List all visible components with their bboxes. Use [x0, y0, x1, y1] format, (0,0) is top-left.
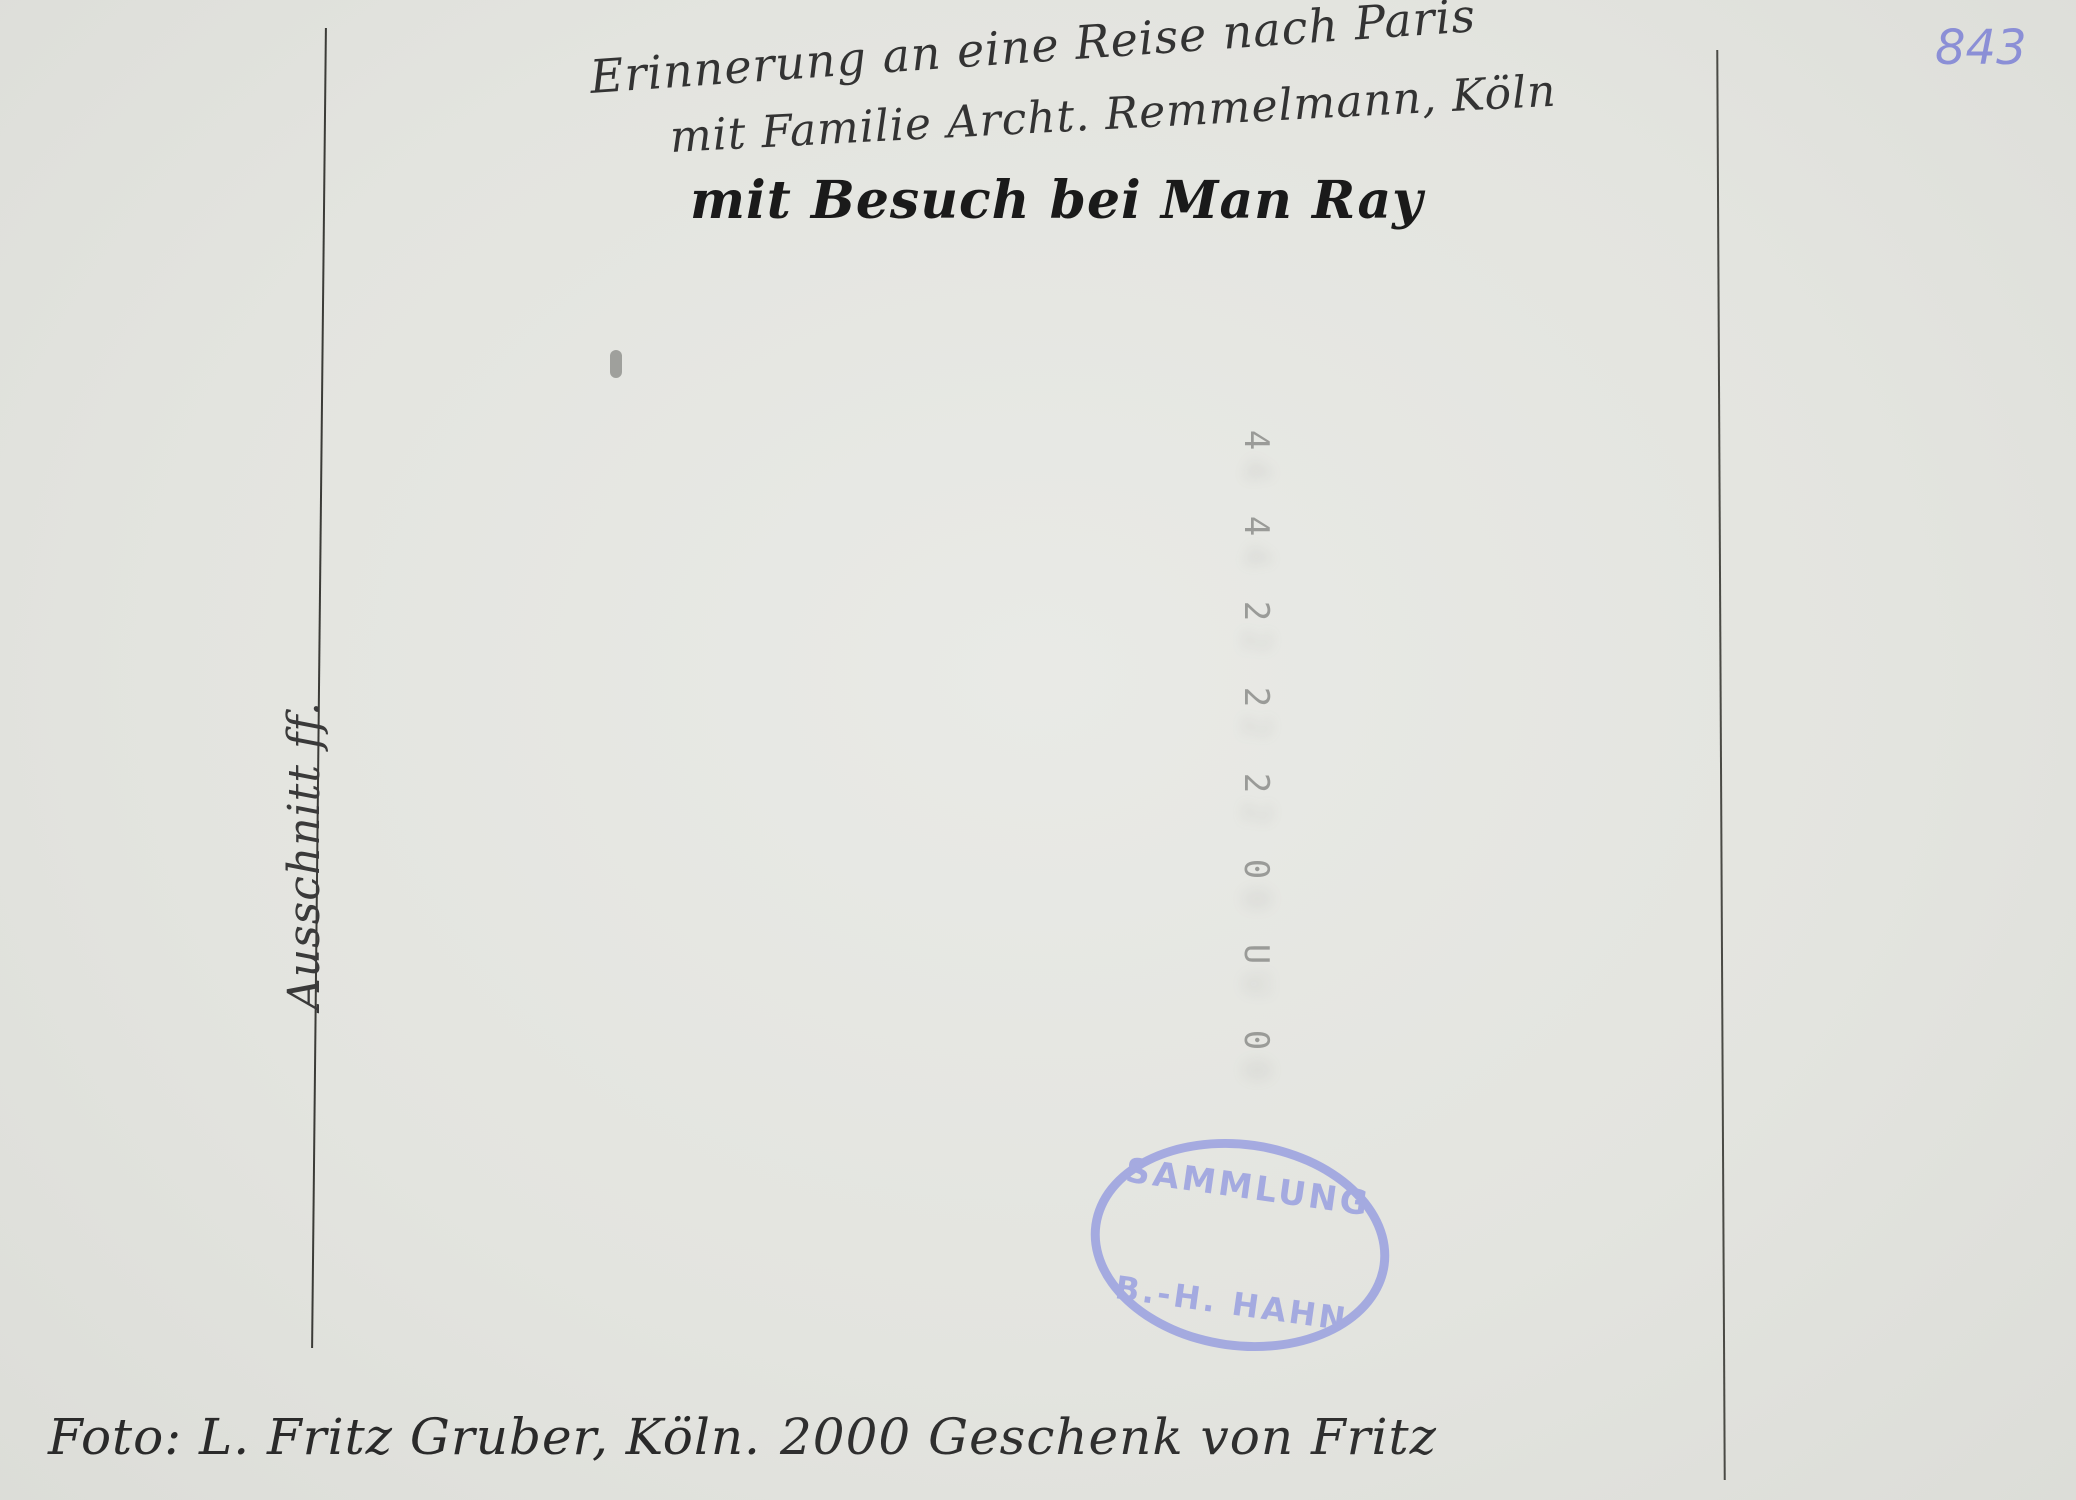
ink-spot — [610, 350, 622, 378]
code-char: 2 — [1236, 687, 1276, 707]
inscription-line-3: mit Besuch bei Man Ray — [690, 170, 1423, 231]
code-char: 4 — [1236, 515, 1276, 535]
provenance-note: 2000 Geschenk von Fritz — [780, 1408, 1437, 1466]
faint-imprinted-code: 4 4 2 2 2 0 U 0 — [1226, 420, 1286, 1060]
photo-credit: Foto: L. Fritz Gruber, Köln. — [48, 1408, 761, 1466]
code-char: 0 — [1236, 858, 1276, 878]
catalog-number: 843 — [1935, 20, 2027, 76]
code-char: 2 — [1236, 773, 1276, 793]
code-char: 0 — [1236, 1030, 1276, 1050]
code-char: 2 — [1236, 601, 1276, 621]
code-char: U — [1236, 944, 1276, 964]
code-char: 4 — [1236, 430, 1276, 450]
margin-note-rotated: Ausschnitt ff. — [279, 701, 330, 1010]
